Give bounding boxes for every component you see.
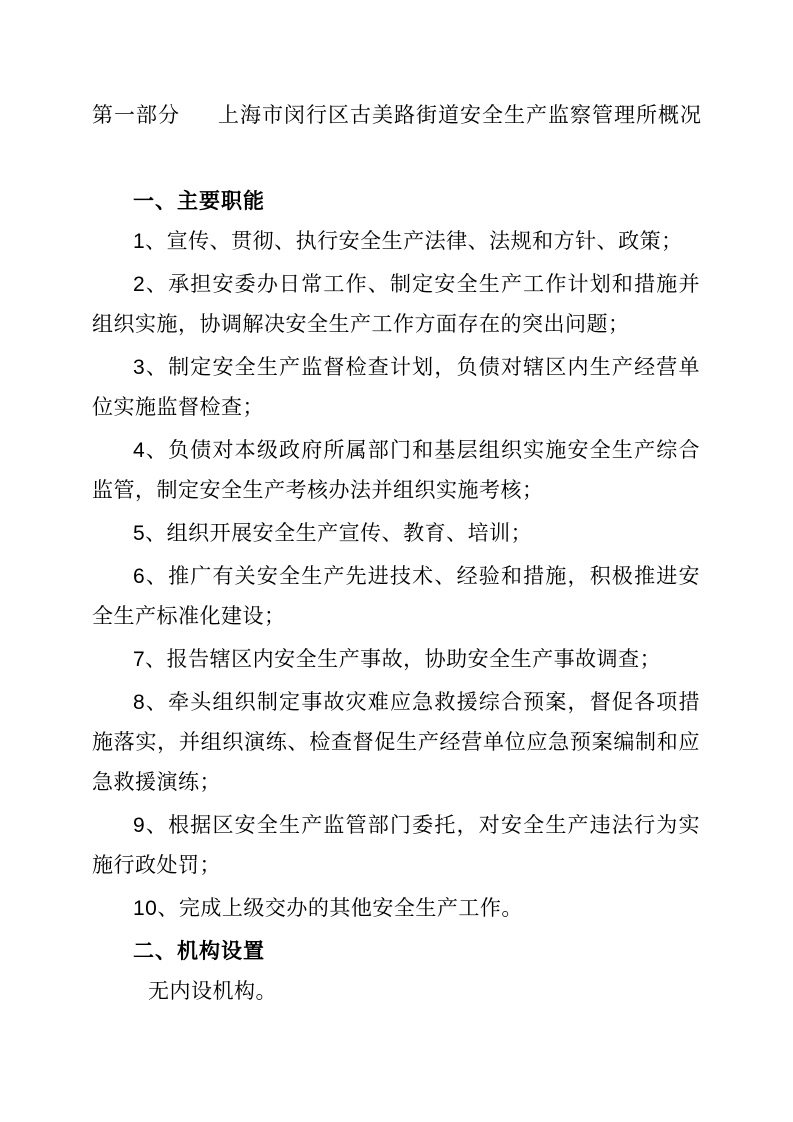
document-title-part-number: 第一部分: [92, 104, 180, 127]
duty-item-5: 5、组织开展安全生产宣传、教育、培训；: [92, 514, 700, 554]
duty-item-4: 4、负债对本级政府所属部门和基层组织实施安全生产综合监管，制定安全生产考核办法并…: [92, 431, 700, 511]
title-heading-spacer: [92, 137, 700, 182]
duty-item-10: 10、完成上级交办的其他安全生产工作。: [92, 889, 700, 929]
duty-item-7: 7、报告辖区内安全生产事故，协助安全生产事故调查；: [92, 640, 700, 680]
duty-item-9: 9、根据区安全生产监管部门委托，对安全生产违法行为实施行政处罚；: [92, 806, 700, 886]
document-page: 第一部分上海市闵行区古美路街道安全生产监察管理所概况 一、主要职能 1、宣传、贯…: [0, 0, 793, 1122]
section-heading-main-functions: 一、主要职能: [92, 182, 700, 222]
duty-item-6: 6、推广有关安全生产先进技术、经验和措施，积极推进安全生产标准化建设；: [92, 557, 700, 637]
document-title: 第一部分上海市闵行区古美路街道安全生产监察管理所概况: [92, 95, 700, 137]
duty-item-1: 1、宣传、贯彻、执行安全生产法律、法规和方针、政策；: [92, 222, 700, 262]
section-heading-organization-setup: 二、机构设置: [92, 932, 700, 972]
duty-item-8: 8、牵头组织制定事故灾难应急救援综合预案，督促各项措施落实，并组织演练、检查督促…: [92, 683, 700, 803]
document-title-main: 上海市闵行区古美路街道安全生产监察管理所概况: [218, 104, 702, 127]
organization-setup-text: 无内设机构。: [92, 972, 700, 1012]
duty-item-2: 2、承担安委办日常工作、制定安全生产工作计划和措施并组织实施，协调解决安全生产工…: [92, 265, 700, 345]
duty-item-3: 3、制定安全生产监督检查计划，负债对辖区内生产经营单位实施监督检查；: [92, 348, 700, 428]
